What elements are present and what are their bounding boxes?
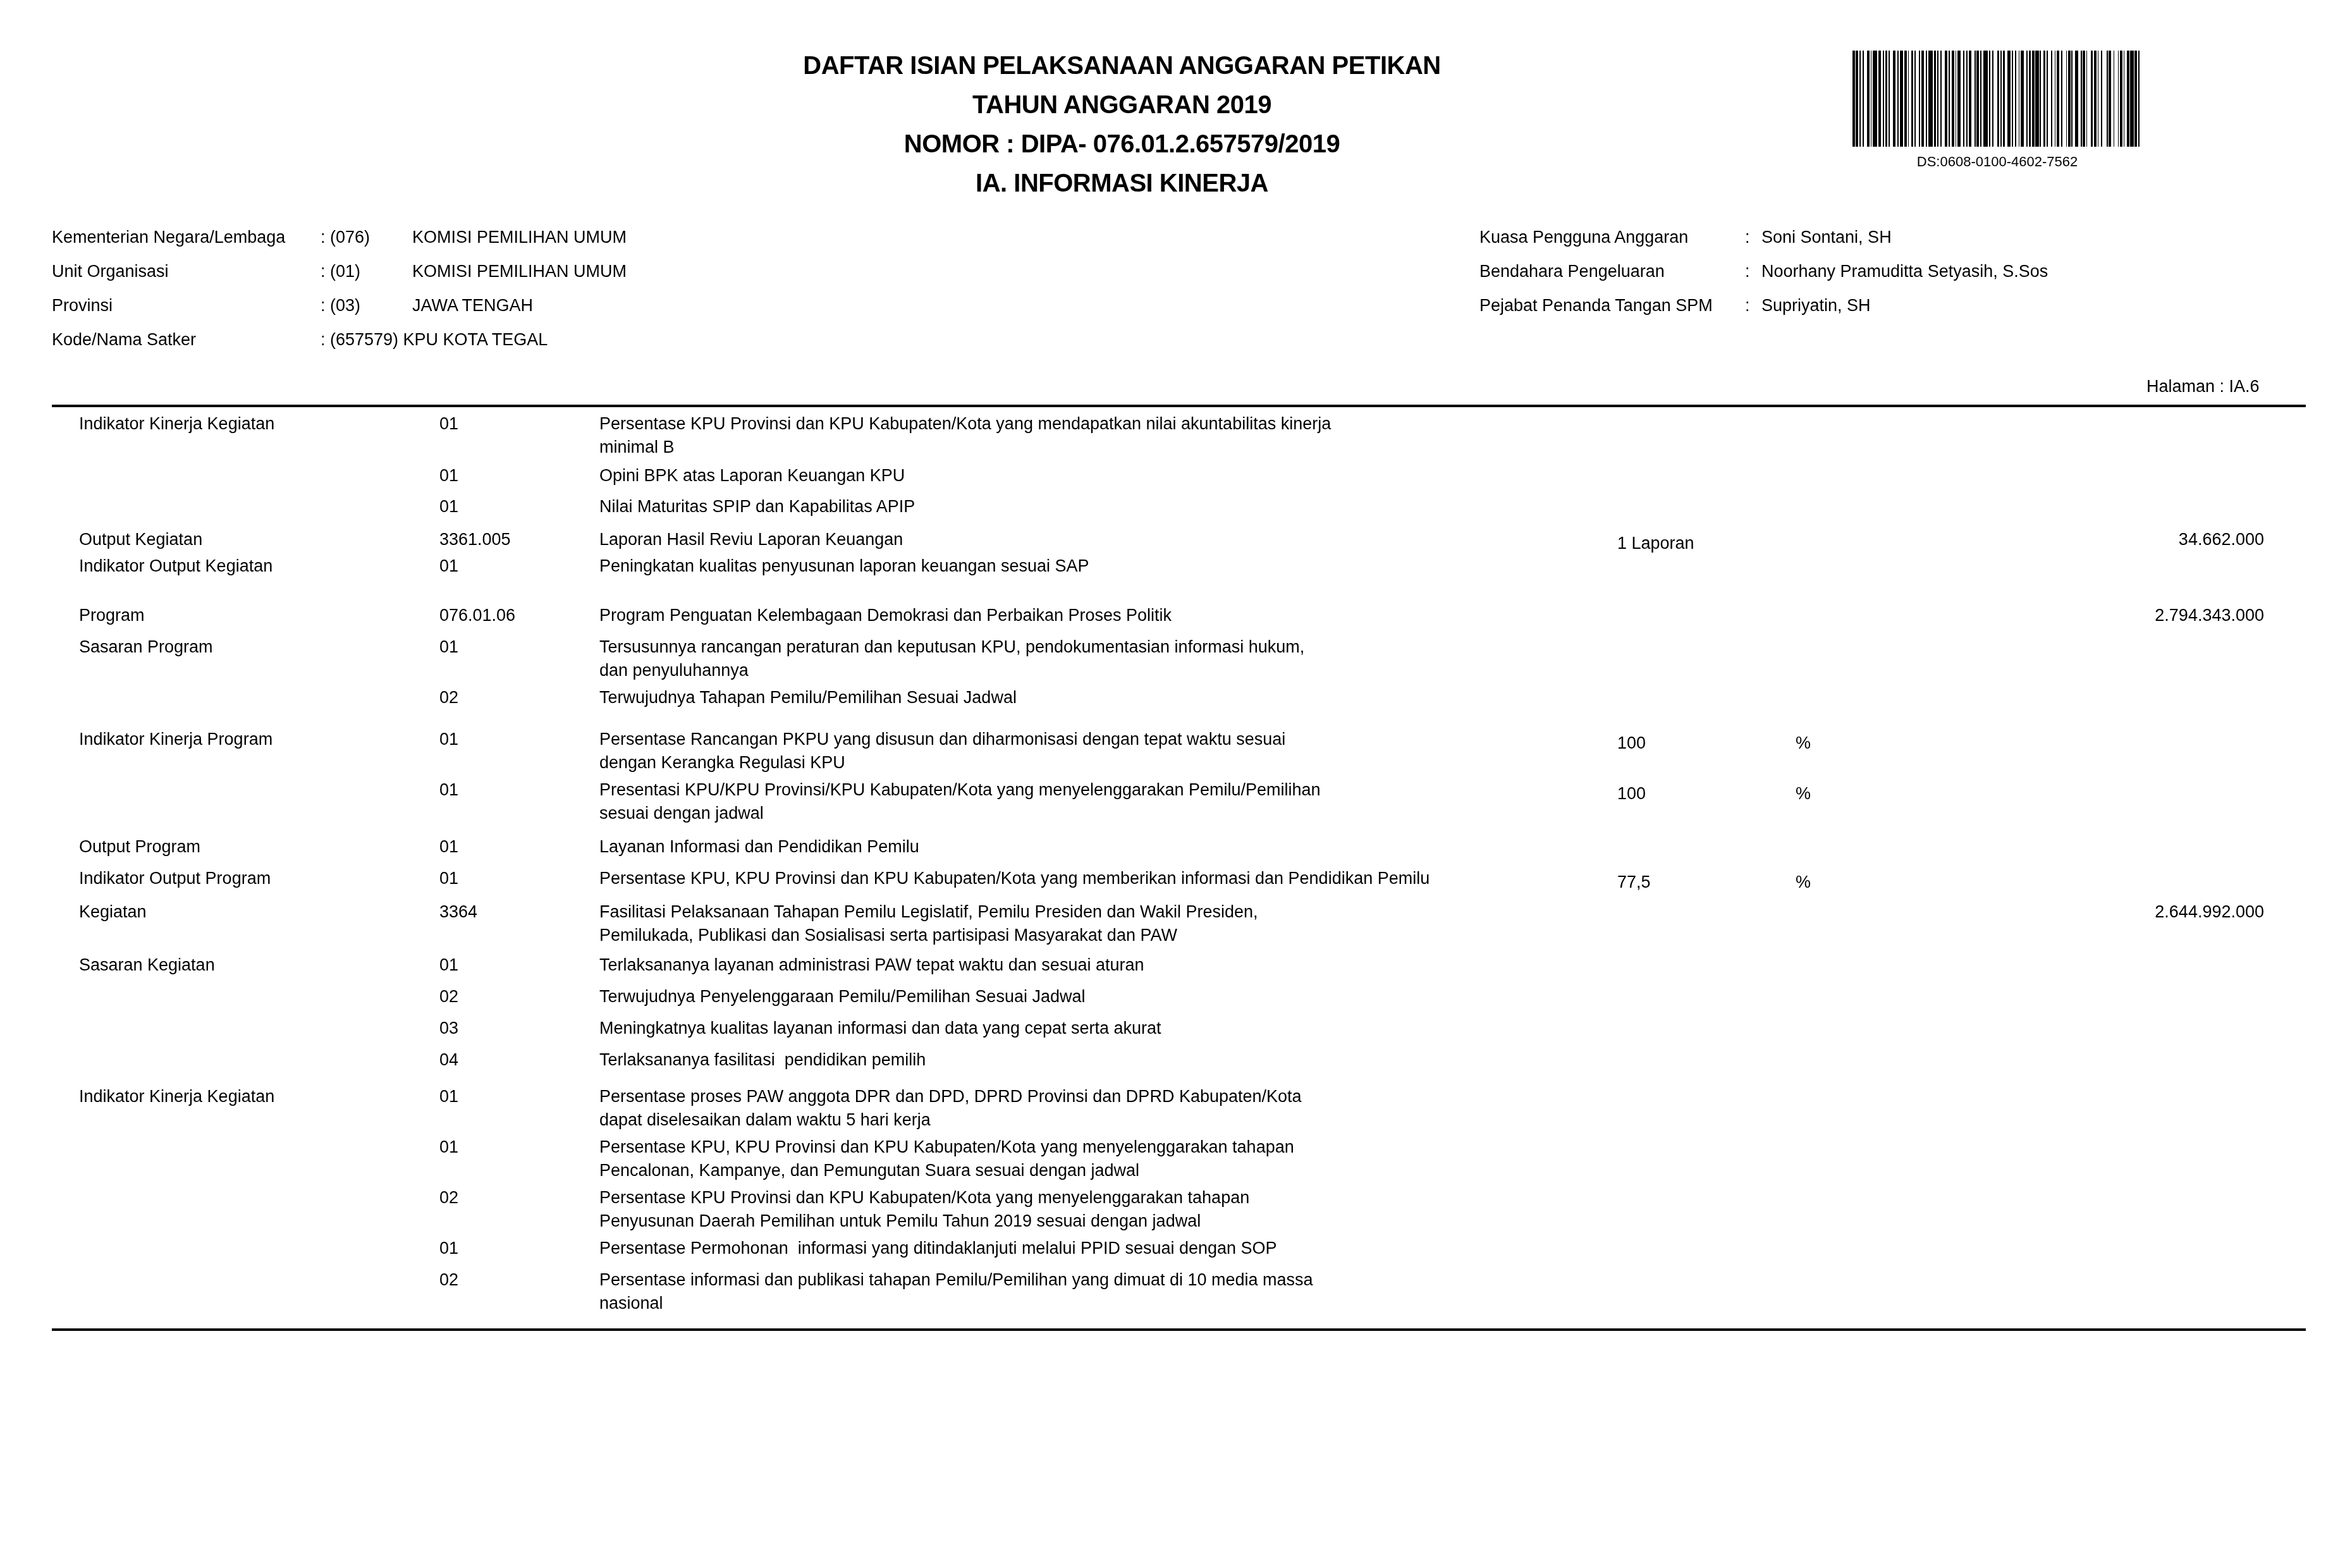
info-row: Kode/Nama Satker : (657579) KPU KOTA TEG… <box>52 322 627 357</box>
row-code: 3364 <box>439 900 477 924</box>
row-amount: 2.644.992.000 <box>2155 900 2264 924</box>
row-code: 01 <box>439 635 458 659</box>
row-amount: 34.662.000 <box>2179 528 2264 551</box>
barcode-label: DS:0608-0100-4602-7562 <box>1852 154 2142 170</box>
info-separator: : <box>1745 288 1761 322</box>
row-description: Program Penguatan Kelembagaan Demokrasi … <box>599 604 1172 627</box>
info-label: Kuasa Pengguna Anggaran <box>1479 220 1745 254</box>
info-separator: : <box>1745 254 1761 288</box>
row-category: Indikator Kinerja Kegiatan <box>79 1085 274 1108</box>
row-description: Terlaksananya fasilitasi pendidikan pemi… <box>599 1048 926 1072</box>
row-description: Persentase Permohonan informasi yang dit… <box>599 1237 1277 1260</box>
info-code: : (076) <box>321 220 412 254</box>
row-category: Indikator Kinerja Kegiatan <box>79 412 274 436</box>
barcode-icon <box>1852 51 2142 147</box>
row-code: 01 <box>439 1085 458 1108</box>
row-code: 01 <box>439 554 458 578</box>
row-description: Opini BPK atas Laporan Keuangan KPU <box>599 464 905 487</box>
row-code: 02 <box>439 1186 458 1210</box>
institution-info: Kementerian Negara/Lembaga : (076) KOMIS… <box>52 220 627 357</box>
info-label: Provinsi <box>52 288 321 322</box>
row-target: 77,5 <box>1617 871 1651 894</box>
row-description: Persentase KPU, KPU Provinsi dan KPU Kab… <box>599 1136 1294 1182</box>
row-description: Tersusunnya rancangan peraturan dan kepu… <box>599 635 1304 682</box>
officials-info: Kuasa Pengguna Anggaran : Soni Sontani, … <box>1479 220 2048 322</box>
row-category: Output Program <box>79 835 200 859</box>
row-code: 01 <box>439 835 458 859</box>
row-category: Output Kegiatan <box>79 528 202 551</box>
row-description: Peningkatan kualitas penyusunan laporan … <box>599 554 1089 578</box>
row-description: Terwujudnya Penyelenggaraan Pemilu/Pemil… <box>599 985 1085 1008</box>
info-label: Pejabat Penanda Tangan SPM <box>1479 288 1745 322</box>
row-code: 01 <box>439 412 458 436</box>
info-label: Kode/Nama Satker <box>52 322 321 357</box>
row-category: Indikator Output Kegiatan <box>79 554 272 578</box>
row-code: 01 <box>439 867 458 890</box>
row-unit: % <box>1796 732 1811 755</box>
row-description: Presentasi KPU/KPU Provinsi/KPU Kabupate… <box>599 778 1321 825</box>
row-unit: % <box>1796 871 1811 894</box>
row-amount: 2.794.343.000 <box>2155 604 2264 627</box>
row-category: Program <box>79 604 145 627</box>
row-description: Terwujudnya Tahapan Pemilu/Pemilihan Ses… <box>599 686 1017 709</box>
row-description: Laporan Hasil Reviu Laporan Keuangan <box>599 528 903 551</box>
info-code: : (01) <box>321 254 412 288</box>
row-target: 100 <box>1617 782 1646 805</box>
row-category: Indikator Output Program <box>79 867 271 890</box>
row-description: Persentase KPU Provinsi dan KPU Kabupate… <box>599 1186 1249 1233</box>
row-description: Persentase KPU, KPU Provinsi dan KPU Kab… <box>599 867 1430 890</box>
row-code: 076.01.06 <box>439 604 515 627</box>
top-divider <box>52 405 2306 407</box>
info-code: : (03) <box>321 288 412 322</box>
info-label: Kementerian Negara/Lembaga <box>52 220 321 254</box>
info-row: Kementerian Negara/Lembaga : (076) KOMIS… <box>52 220 627 254</box>
row-description: Persentase informasi dan publikasi tahap… <box>599 1268 1313 1315</box>
row-code: 02 <box>439 686 458 709</box>
row-code: 01 <box>439 953 458 977</box>
info-separator: : <box>1745 220 1761 254</box>
info-value: Supriyatin, SH <box>1761 288 1871 322</box>
info-row: Unit Organisasi : (01) KOMISI PEMILIHAN … <box>52 254 627 288</box>
row-unit: % <box>1796 782 1811 805</box>
row-target: 100 <box>1617 732 1646 755</box>
row-description: Fasilitasi Pelaksanaan Tahapan Pemilu Le… <box>599 900 1258 947</box>
row-code: 02 <box>439 1268 458 1292</box>
row-target: 1 Laporan <box>1617 532 1694 555</box>
info-value: KOMISI PEMILIHAN UMUM <box>412 220 627 254</box>
row-category: Kegiatan <box>79 900 147 924</box>
info-value: Soni Sontani, SH <box>1761 220 1892 254</box>
row-code: 01 <box>439 1237 458 1260</box>
row-code: 01 <box>439 1136 458 1159</box>
page-number: Halaman : IA.6 <box>2146 377 2260 396</box>
row-category: Sasaran Program <box>79 635 213 659</box>
info-row: Bendahara Pengeluaran : Noorhany Pramudi… <box>1479 254 2048 288</box>
row-description: Persentase Rancangan PKPU yang disusun d… <box>599 728 1285 775</box>
row-description: Persentase proses PAW anggota DPR dan DP… <box>599 1085 1302 1132</box>
info-label: Unit Organisasi <box>52 254 321 288</box>
row-category: Sasaran Kegiatan <box>79 953 215 977</box>
row-description: Nilai Maturitas SPIP dan Kapabilitas API… <box>599 495 915 518</box>
info-value: JAWA TENGAH <box>412 288 533 322</box>
row-description: Terlaksananya layanan administrasi PAW t… <box>599 953 1144 977</box>
row-category: Indikator Kinerja Program <box>79 728 272 751</box>
info-value: Noorhany Pramuditta Setyasih, S.Sos <box>1761 254 2048 288</box>
info-value: KOMISI PEMILIHAN UMUM <box>412 254 627 288</box>
row-code: 01 <box>439 728 458 751</box>
row-description: Meningkatnya kualitas layanan informasi … <box>599 1017 1161 1040</box>
row-code: 01 <box>439 495 458 518</box>
row-description: Persentase KPU Provinsi dan KPU Kabupate… <box>599 412 1331 459</box>
info-code: : (657579) KPU KOTA TEGAL <box>321 322 548 357</box>
row-code: 03 <box>439 1017 458 1040</box>
row-code: 02 <box>439 985 458 1008</box>
info-row: Pejabat Penanda Tangan SPM : Supriyatin,… <box>1479 288 2048 322</box>
row-code: 04 <box>439 1048 458 1072</box>
row-description: Layanan Informasi dan Pendidikan Pemilu <box>599 835 919 859</box>
row-code: 01 <box>439 464 458 487</box>
row-code: 01 <box>439 778 458 802</box>
info-row: Provinsi : (03) JAWA TENGAH <box>52 288 627 322</box>
row-code: 3361.005 <box>439 528 511 551</box>
info-label: Bendahara Pengeluaran <box>1479 254 1745 288</box>
info-row: Kuasa Pengguna Anggaran : Soni Sontani, … <box>1479 220 2048 254</box>
bottom-divider <box>52 1328 2306 1331</box>
section-title: IA. INFORMASI KINERJA <box>0 169 2294 198</box>
